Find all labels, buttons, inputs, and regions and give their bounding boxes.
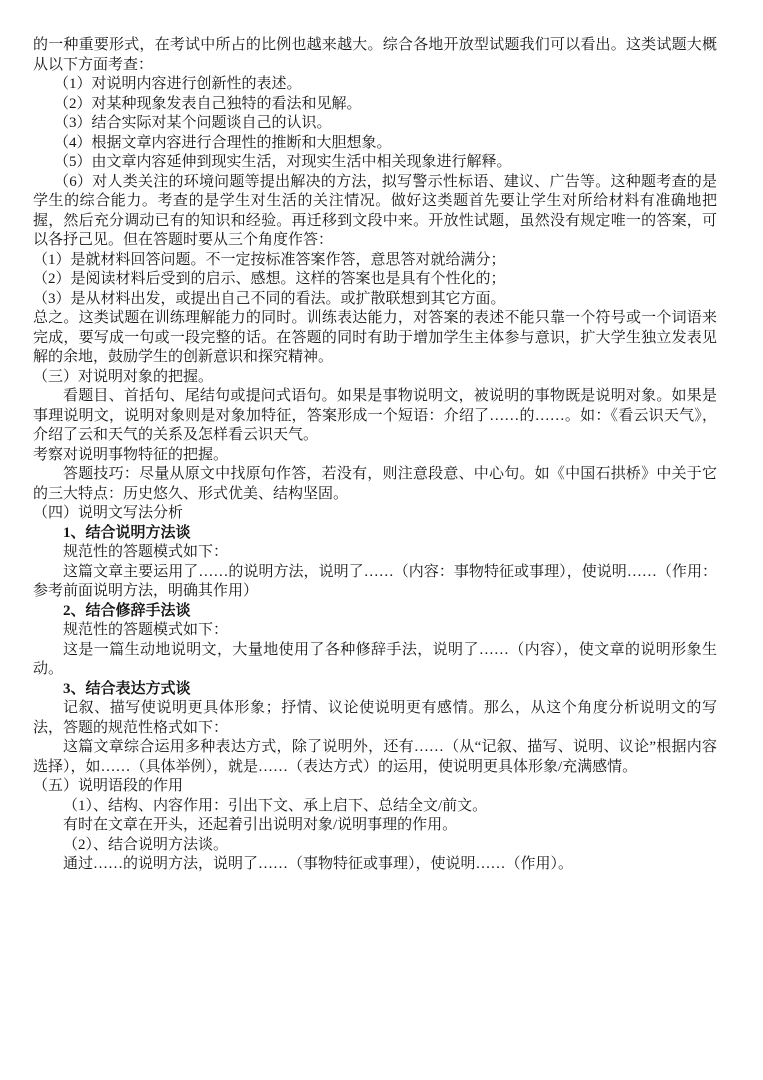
paragraph: 有时在文章在开头，还起着引出说明对象/说明事理的作用。 <box>33 816 717 836</box>
paragraph: （3）是从材料出发，或提出自己不同的看法。或扩散联想到其它方面。 <box>33 290 717 310</box>
paragraph: （3）结合实际对某个问题谈自己的认识。 <box>33 114 717 134</box>
paragraph: 通过……的说明方法，说明了……（事物特征或事理），使说明……（作用）。 <box>33 855 717 875</box>
paragraph: 这是一篇生动地说明文，大量地使用了各种修辞手法，说明了……（内容），使文章的说明… <box>33 641 717 680</box>
paragraph: （1）、结构、内容作用：引出下文、承上启下、总结全文/前文。 <box>33 797 717 817</box>
paragraph: 规范性的答题模式如下： <box>33 621 717 641</box>
paragraph: 2、结合修辞手法谈 <box>33 602 717 622</box>
paragraph: 规范性的答题模式如下： <box>33 543 717 563</box>
paragraph: （4）根据文章内容进行合理性的推断和大胆想象。 <box>33 134 717 154</box>
document-page: 的一种重要形式，在考试中所占的比例也越来越大。综合各地开放型试题我们可以看出。这… <box>0 0 763 1080</box>
document-text-block: 的一种重要形式，在考试中所占的比例也越来越大。综合各地开放型试题我们可以看出。这… <box>33 36 717 875</box>
paragraph: （5）由文章内容延伸到现实生活，对现实生活中相关现象进行解释。 <box>33 153 717 173</box>
paragraph: 3、结合表达方式谈 <box>33 680 717 700</box>
paragraph: 答题技巧：尽量从原文中找原句作答，若没有，则注意段意、中心句。如《中国石拱桥》中… <box>33 465 717 504</box>
paragraph: （2）是阅读材料后受到的启示、感想。这样的答案也是具有个性化的； <box>33 270 717 290</box>
paragraph: 考察对说明事物特征的把握。 <box>33 446 717 466</box>
paragraph: 的一种重要形式，在考试中所占的比例也越来越大。综合各地开放型试题我们可以看出。这… <box>33 36 717 75</box>
paragraph: 这篇文章综合运用多种表达方式，除了说明外，还有……（从“记叙、描写、说明、议论”… <box>33 738 717 777</box>
paragraph: （四）说明文写法分析 <box>33 504 717 524</box>
paragraph: 看题目、首括句、尾结句或提问式语句。如果是事物说明文，被说明的事物既是说明对象。… <box>33 387 717 446</box>
paragraph: （2）、结合说明方法谈。 <box>33 836 717 856</box>
paragraph: （2）对某种现象发表自己独特的看法和见解。 <box>33 95 717 115</box>
paragraph: （五）说明语段的作用 <box>33 777 717 797</box>
paragraph: 这篇文章主要运用了……的说明方法，说明了……（内容：事物特征或事理），使说明……… <box>33 563 717 602</box>
paragraph: 总之。这类试题在训练理解能力的同时。训练表达能力，对答案的表述不能只靠一个符号或… <box>33 309 717 368</box>
paragraph: （1）对说明内容进行创新性的表述。 <box>33 75 717 95</box>
paragraph: 1、结合说明方法谈 <box>33 524 717 544</box>
paragraph: （三）对说明对象的把握。 <box>33 368 717 388</box>
paragraph: 记叙、描写使说明更具体形象；抒情、议论使说明更有感情。那么，从这个角度分析说明文… <box>33 699 717 738</box>
paragraph: （1）是就材料回答问题。不一定按标准答案作答，意思答对就给满分； <box>33 251 717 271</box>
paragraph: （6）对人类关注的环境问题等提出解决的方法，拟写警示性标语、建议、广告等。这种题… <box>33 173 717 251</box>
